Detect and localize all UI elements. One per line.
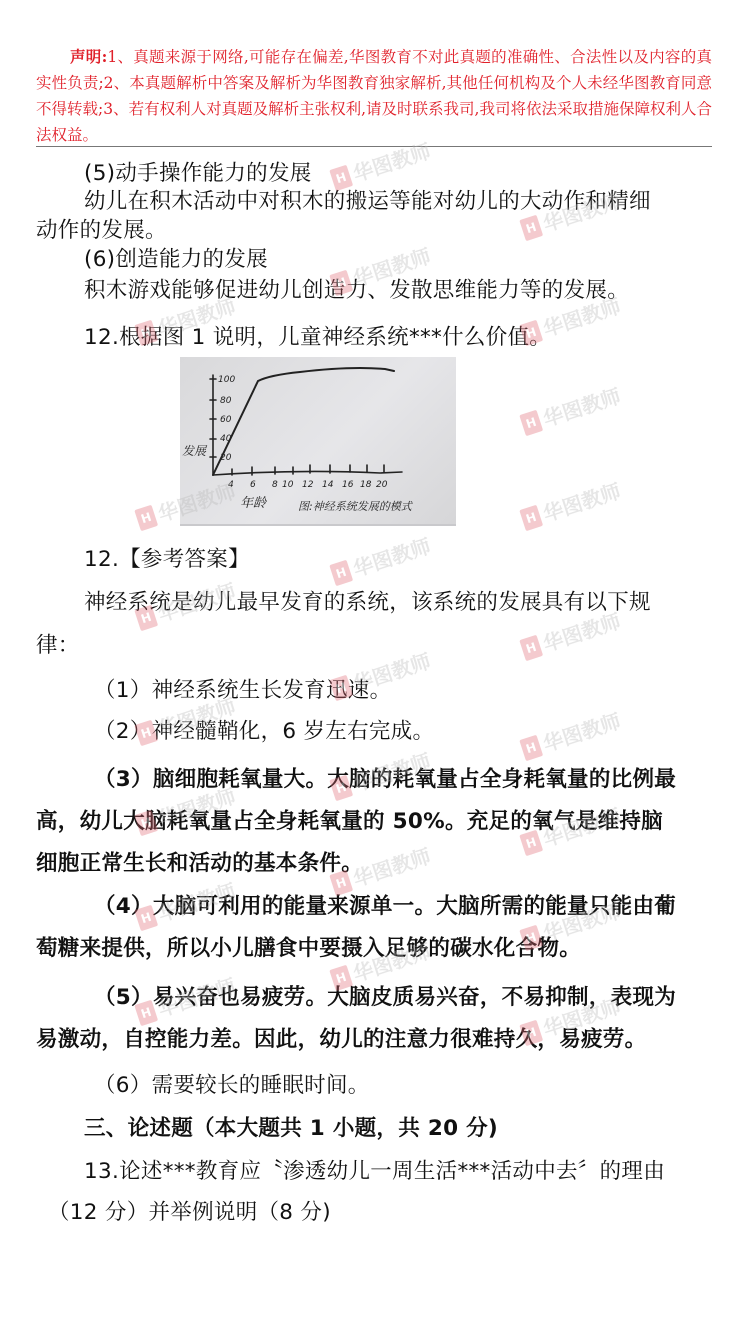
svg-text:40: 40 (220, 434, 232, 444)
svg-text:10: 10 (282, 480, 294, 490)
item6-body: 积木游戏能够促进幼儿创造力、发散思维能力等的发展。 (84, 273, 629, 304)
question-13-line1: 13.论述***教育应〝渗透幼儿一周生活***活动中去〞的理由 (84, 1154, 665, 1185)
svg-text:100: 100 (218, 375, 235, 385)
answer-12-point6: （6）需要较长的睡眠时间。 (94, 1068, 370, 1099)
item6-title: (6)创造能力的发展 (84, 242, 268, 273)
watermark: H华图教师 (518, 705, 624, 764)
answer-12-point3-line3: 细胞正常生长和活动的基本条件。 (36, 846, 363, 877)
answer-12-heading: 12.【参考答案】 (84, 542, 250, 573)
answer-12-point4-line2: 萄糖来提供，所以小儿膳食中要摄入足够的碳水化合物。 (36, 931, 581, 962)
watermark-logo-icon: H (134, 504, 158, 530)
watermark-logo-icon: H (329, 559, 353, 585)
svg-text:4: 4 (228, 480, 234, 490)
section3-heading: 三、论述题（本大题共 1 小题，共 20 分) (84, 1111, 498, 1142)
answer-12-intro-line1: 神经系统是幼儿最早发育的系统，该系统的发展具有以下规 (84, 585, 651, 616)
svg-text:图:神经系统发展的模式: 图:神经系统发展的模式 (298, 500, 414, 513)
answer-12-point2: （2）神经髓鞘化，6 岁左右完成。 (94, 714, 434, 745)
answer-12-point3-line2: 高，幼儿大脑耗氧量占全身耗氧量的 50%。充足的氧气是维持脑 (36, 804, 663, 835)
disclaimer: 声明:1、真题来源于网络,可能存在偏差,华图教育不对此真题的准确性、合法性以及内… (36, 44, 712, 148)
svg-text:14: 14 (322, 480, 334, 490)
svg-text:80: 80 (220, 396, 232, 406)
watermark-logo-icon: H (519, 634, 543, 660)
watermark-logo-icon: H (519, 214, 543, 240)
chart-svg: 100 80 60 40 20 4 6 8 10 12 14 16 18 20 … (180, 357, 456, 524)
x-axis (213, 471, 402, 475)
watermark-logo-icon: H (519, 409, 543, 435)
watermark: H华图教师 (518, 380, 624, 439)
development-curve (213, 368, 394, 475)
item5-body-line1: 幼儿在积木活动中对积木的搬运等能对幼儿的大动作和精细 (84, 184, 651, 215)
answer-12-point3-line1: （3）脑细胞耗氧量大。大脑的耗氧量占全身耗氧量的比例最 (94, 762, 676, 793)
watermark: H华图教师 (518, 475, 624, 534)
answer-12-point5-line1: （5）易兴奋也易疲劳。大脑皮质易兴奋，不易抑制，表现为 (94, 980, 676, 1011)
svg-text:20: 20 (376, 480, 388, 490)
question-12: 12.根据图 1 说明，儿童神经系统***什么价值。 (84, 320, 551, 351)
watermark: H华图教师 (328, 530, 434, 589)
svg-text:16: 16 (342, 480, 354, 490)
nerve-development-chart: 100 80 60 40 20 4 6 8 10 12 14 16 18 20 … (180, 357, 456, 526)
svg-text:60: 60 (220, 415, 232, 425)
svg-text:20: 20 (220, 453, 232, 463)
answer-12-intro-line2: 律： (36, 628, 80, 659)
svg-text:8: 8 (272, 480, 278, 490)
svg-text:6: 6 (250, 480, 256, 490)
disclaimer-text: 1、真题来源于网络,可能存在偏差,华图教育不对此真题的准确性、合法性以及内容的真… (36, 48, 712, 144)
svg-text:12: 12 (302, 480, 314, 490)
disclaimer-lead: 声明: (36, 47, 107, 66)
svg-text:年龄: 年龄 (240, 495, 268, 511)
watermark-logo-icon: H (519, 504, 543, 530)
answer-12-point4-line1: （4）大脑可利用的能量来源单一。大脑所需的能量只能由葡 (94, 889, 676, 920)
question-13-line2: （12 分）并举例说明（8 分) (48, 1195, 331, 1226)
answer-12-point1: （1）神经系统生长发育迅速。 (94, 673, 391, 704)
divider (36, 146, 712, 147)
svg-text:发展: 发展 (182, 444, 208, 458)
answer-12-point5-line2: 易激动，自控能力差。因此，幼儿的注意力很难持久，易疲劳。 (36, 1022, 646, 1053)
item5-title: (5)动手操作能力的发展 (84, 156, 312, 187)
svg-text:18: 18 (360, 480, 372, 490)
item5-body-line2: 动作的发展。 (36, 213, 167, 244)
watermark-logo-icon: H (519, 734, 543, 760)
